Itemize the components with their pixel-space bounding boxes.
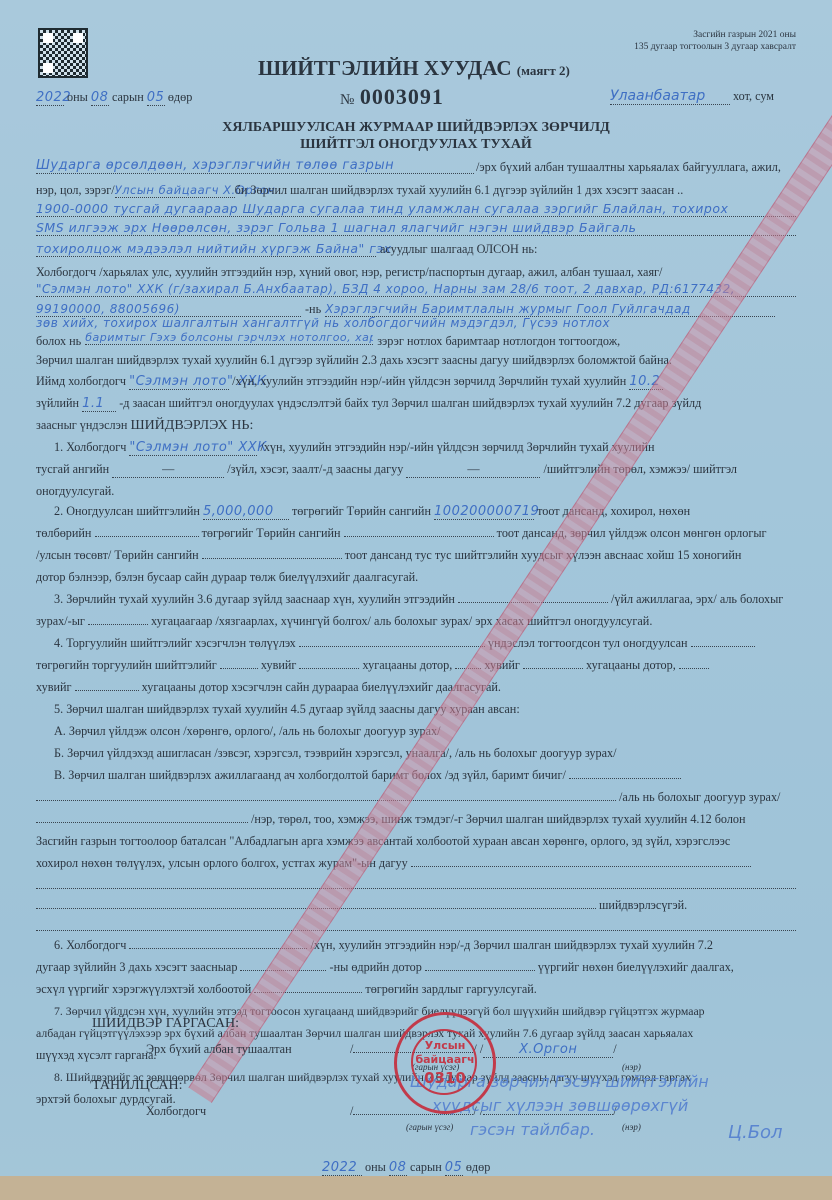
item-5-c6: шийдвэрлэсүгэй. <box>36 898 687 913</box>
footer-date: 2022 оны 08 сарын 05 өдөр <box>322 1160 490 1176</box>
item-5-b: Б. Зөрчил үйлдэхэд ашигласан /зэвсэг, хэ… <box>54 746 616 761</box>
subtitle-line2: ШИЙТГЭЛ ОНОГДУУЛАХ ТУХАЙ <box>0 137 832 153</box>
stamp-line1: Улсын <box>397 1039 493 1052</box>
item-1-line1: 1. Холбогдогч "Сэлмэн лото" ХХК /хүн, ху… <box>54 440 655 456</box>
clause-field: 1.1 <box>82 396 116 412</box>
official-name-caption: (нэр) <box>622 1062 641 1072</box>
stamp-number: 0310 <box>397 1069 493 1087</box>
item-7-line3: шүүхэд хүсэлт гаргана. <box>36 1048 156 1063</box>
item-2-line3: /улсын төсөвт/ Төрийн сангийн тоот данса… <box>36 548 741 563</box>
item-4-line3: хувийг хугацааны дотор хэсэгчлэн сайн ду… <box>36 680 501 695</box>
item-1-party: "Сэлмэн лото" ХХК <box>129 440 257 456</box>
position-handwritten: Улсын байцаагч Х.Оргон <box>115 183 235 198</box>
date-day-field: 05 <box>147 90 165 106</box>
page-title-text: ШИЙТГЭЛИЙН ХУУДАС <box>258 56 512 80</box>
position-label: нэр, цол, зэрэг/ <box>36 183 115 197</box>
item-4-line1: 4. Торгуулийн шийтгэлийг хэсэгчлэн төлүү… <box>54 636 755 651</box>
footer-month: 08 <box>389 1160 407 1176</box>
question-suffix: асуудлыг шалгаад ОЛСОН нь: <box>380 242 537 256</box>
official-name: Х.Оргон <box>519 1042 577 1057</box>
city-label: хот, сум <box>733 89 774 103</box>
party-label: Холбогдогч /харьялах улс, хуулийн этгээд… <box>36 265 662 280</box>
party-note-line3: гэсэн тайлбар. <box>470 1120 595 1139</box>
subtitle-line1: ХЯЛБАРШУУЛСАН ЖУРМААР ШИЙДВЭРЛЭХ ЗӨРЧИЛД <box>0 120 832 136</box>
official-stamp: Улсын байцаагч 0310 <box>394 1012 496 1114</box>
item-3-line2: зурах/-ыг хугацаагаар /хязгаарлах, хүчин… <box>36 614 652 629</box>
acquainted-label: ТАНИЛЦСАН: <box>92 1078 183 1094</box>
bol-label: болох нь <box>36 334 81 348</box>
item-3-line1: 3. Зөрчлийн тухай хуулийн 3.6 дугаар зүй… <box>54 592 783 607</box>
regulation-note-line2: 135 дугаар тогтоолын 3 дугаар хавсралт <box>580 42 796 52</box>
account-number-field: 100200000719 <box>434 504 534 520</box>
clause-line: зүйлийн 1.1 -д заасан шийтгэл оногдуулах… <box>36 396 701 412</box>
footer-year: 2022 <box>322 1160 362 1176</box>
item-4-line2: төгрөгийн торгуулийн шийтгэлийг хувийг х… <box>36 658 709 673</box>
number-sign: № <box>340 92 354 108</box>
stamp-line2: байцаагч <box>397 1053 493 1066</box>
form-label: (маягт 2) <box>517 63 570 78</box>
org-label: /эрх бүхий албан тушаалтны харьяалах бай… <box>476 160 781 175</box>
document-number: № 0003091 <box>340 84 444 110</box>
date-month-label: сарын <box>112 90 144 104</box>
header-city: Улаанбаатар хот, сум <box>610 88 774 105</box>
decide-line: заасныг үндэслэн ШИЙДВЭРЛЭХ НЬ: <box>36 418 253 434</box>
regulation-note-line1: Засгийн газрын 2021 оны <box>600 30 796 40</box>
question-line2: SMS илгээж эрх Нөөрөлсөн, зэрэг Гольва 1… <box>36 220 796 236</box>
date-month-field: 08 <box>91 90 109 106</box>
party-hw-line1: "Сэлмэн лото" ХХК (г/захирал Б.Анхбаатар… <box>36 282 796 297</box>
page-title: ШИЙТГЭЛИЙН ХУУДАС (маягт 2) <box>258 56 570 81</box>
org-handwritten: Шударга өрсөлдөөн, хэрэглэгчийн төлөө га… <box>36 158 474 174</box>
org-field: Шударга өрсөлдөөн, хэрэглэгчийн төлөө га… <box>36 156 474 174</box>
position-line: нэр, цол, зэрэг/Улсын байцаагч Х.Оргонби… <box>36 183 683 198</box>
city-field: Улаанбаатар <box>610 88 730 105</box>
footer-day: 05 <box>445 1160 463 1176</box>
proof-label: зэрэг нотлох баримтаар нотлогдон тогтоог… <box>377 334 620 348</box>
party-name-caption: (нэр) <box>622 1122 641 1132</box>
question-line3: тохиролцож мэдээлэл нийтийн хүргэж Байна… <box>36 240 537 258</box>
document-number-value: 0003091 <box>360 84 444 109</box>
penalty-sheet-document: Засгийн газрын 2021 оны 135 дугаар тогто… <box>0 0 832 1200</box>
item-5-c5: хохирол нөхөн төлүүлэх, улсын орлого бол… <box>36 856 751 871</box>
date-day-label: өдөр <box>168 90 192 104</box>
official-label: Эрх бүхий албан тушаалтан <box>146 1042 292 1057</box>
therefore-party: "Сэлмэн лото" ХХК <box>129 374 229 390</box>
item-2-line4: дотор бэлнээр, бэлэн бусаар сайн дураар … <box>36 570 418 585</box>
fine-amount-field: 5,000,000 <box>203 504 289 520</box>
party-hw-line3: зөв хийх, тохирох шалгалтын хангалтгүй н… <box>36 316 796 330</box>
item-6-line1: 6. Холбогдогч /хүн, хуулийн этгээдийн нэ… <box>54 938 713 953</box>
basis-line: Зөрчил шалган шийдвэрлэх тухай хуулийн 6… <box>36 353 672 368</box>
item-2-line2: төлбөрийн төгрөгийг Төрийн сангийн тоот … <box>36 526 767 541</box>
decided-label: ШИЙДВЭР ГАРГАСАН: <box>92 1016 239 1032</box>
decide-label: ШИЙДВЭРЛЭХ НЬ: <box>130 418 253 433</box>
date-year-label: оны <box>67 90 88 104</box>
header-date: 2022 оны 08 сарын 05 өдөр <box>36 90 192 106</box>
item-5-a: А. Зөрчил үйлдэж олсон /хөрөнгө, орлого/… <box>54 724 441 739</box>
therefore-line: Иймд холбогдогч "Сэлмэн лото" ХХК /хүн, … <box>36 374 663 390</box>
party-signature: Ц.Бол <box>728 1122 783 1143</box>
party-signature-caption: (гарын үсэг) <box>406 1122 453 1132</box>
item-6-line2: дугаар зүйлийн 3 дахь хэсэгт заасныар -н… <box>36 960 734 975</box>
item-1-line3: оногдуулсугай. <box>36 484 114 499</box>
item-5-c: В. Зөрчил шалган шийдвэрлэх ажиллагаанд … <box>54 768 681 783</box>
party-proof-line: болох нь баримтыг Гэхэ болсоны гэрчлэх н… <box>36 331 620 350</box>
question-line1: 1900-0000 тусгай дугаараар Шударга сугал… <box>36 201 796 217</box>
party-signature-label: Холбогдогч <box>146 1104 206 1119</box>
position-suffix: би Зөрчил шалган шийдвэрлэх тухай хуулий… <box>235 183 684 197</box>
party-nb-suffix: -нь <box>305 302 321 316</box>
date-year-field: 2022 <box>36 90 64 106</box>
qr-code-icon <box>38 28 88 78</box>
